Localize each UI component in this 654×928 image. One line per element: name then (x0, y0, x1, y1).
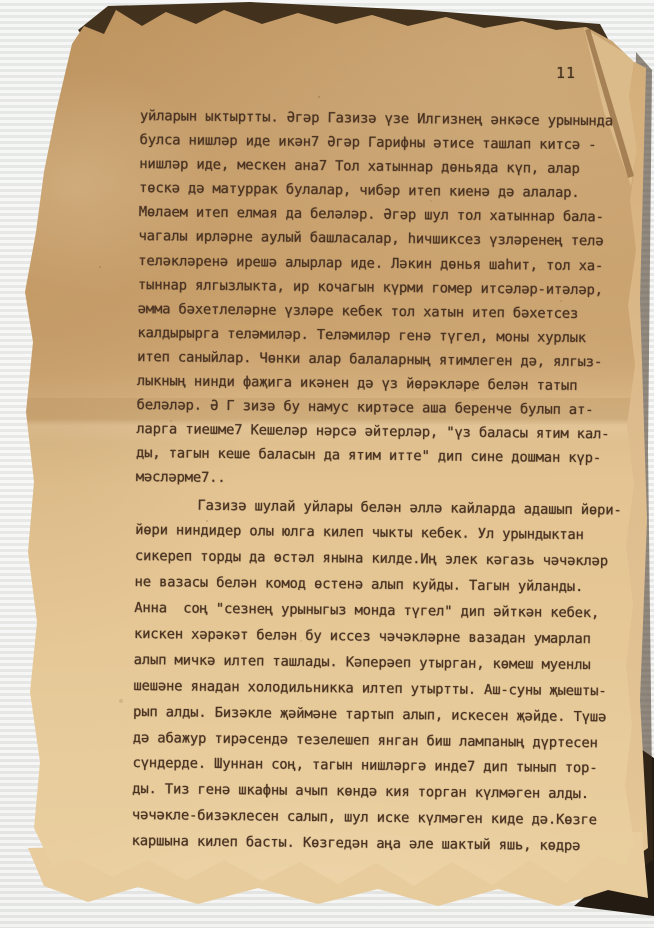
paragraph: Газизә шулай уйлары белән әллә кайларда … (131, 492, 635, 860)
page-number: 11 (556, 64, 576, 82)
paragraph: уйларын ыктыртты. Әгәр Газизә үзе Илгизн… (136, 104, 640, 495)
paper-specks (0, 0, 2, 2)
text-line: мәсләрме7.. (136, 465, 636, 495)
text-body: уйларын ыктыртты. Әгәр Газизә үзе Илгизн… (131, 104, 639, 861)
paper-sheet: 11 уйларын ыктыртты. Әгәр Газизә үзе Илг… (0, 0, 654, 928)
photo-frame: 11 уйларын ыктыртты. Әгәр Газизә үзе Илг… (0, 0, 654, 928)
